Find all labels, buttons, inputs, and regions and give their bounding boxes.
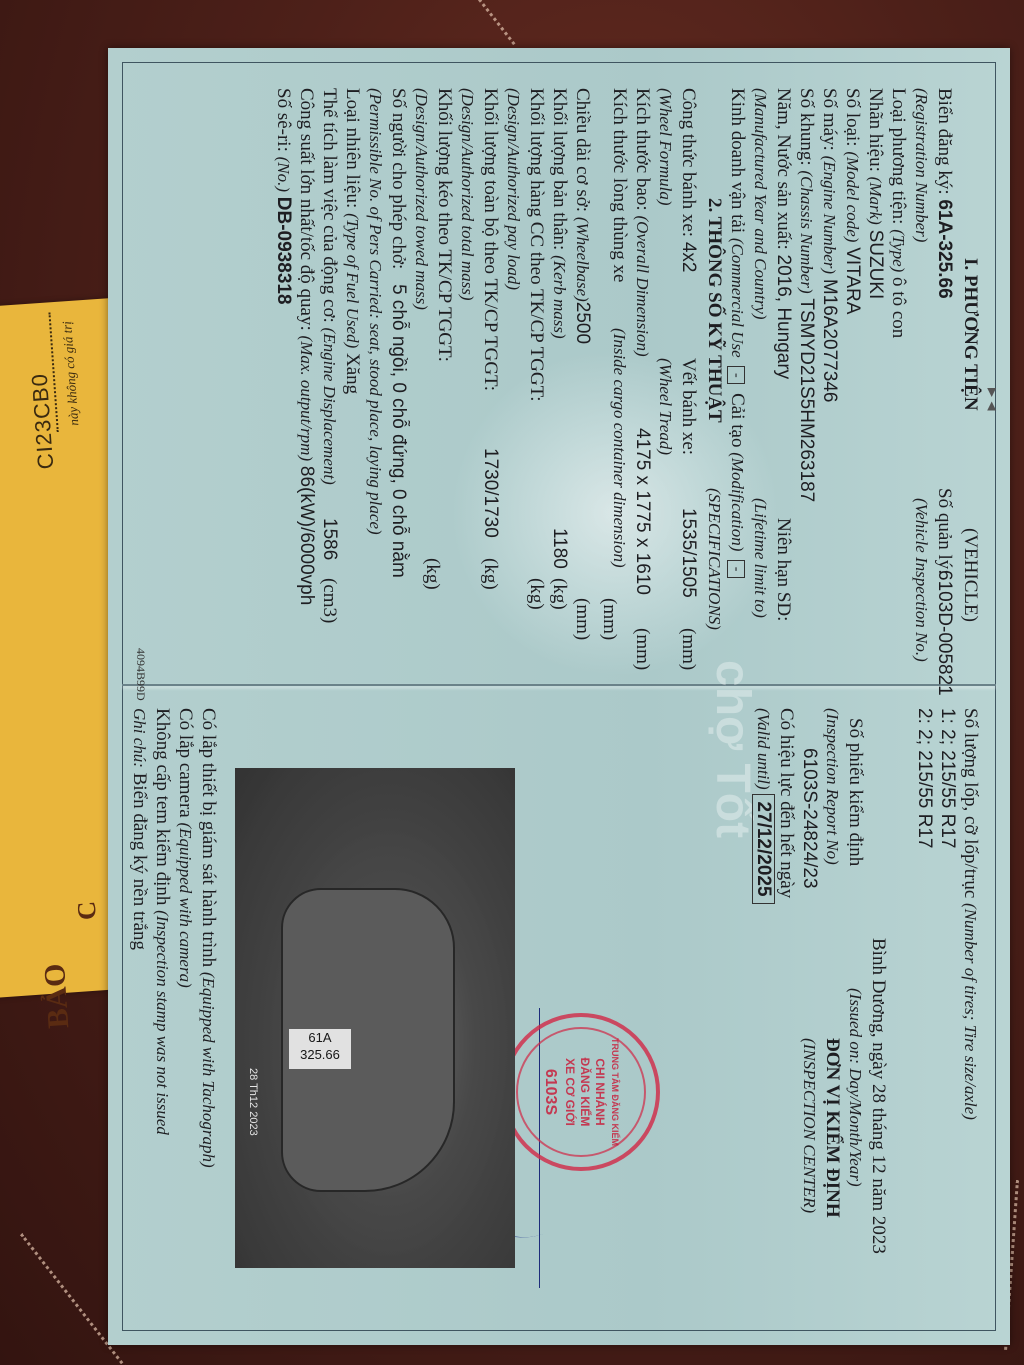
vehicle-page: ▸ ◂ I. PHƯƠNG TIỆN (VEHICLE) Biển đăng k… [272, 88, 982, 678]
commercial-sub: (Commercial Use [728, 238, 747, 358]
payload-sub: (Design/Authorized pay load) [504, 88, 523, 290]
wheelbase-value: 2500 [572, 302, 593, 344]
valid-label: Có hiệu lực đến hết ngày [776, 708, 797, 898]
model-sub: (Model code) [843, 151, 862, 242]
no-stamp-label: Không cấp tem kiểm định [152, 708, 173, 905]
total-mass-unit: (kg) [479, 558, 502, 590]
yellow-paper-title-fragment: BẢO [38, 962, 76, 1029]
total-mass-value: 1730/1730 [479, 448, 502, 538]
kerb-mass-label: Khối lượng bản thân: [549, 88, 570, 250]
overall-dim-label: Kích thước bao: [632, 88, 653, 211]
registration-value: 61A-325.66 [934, 199, 955, 298]
valid-sub: (Valid until) [754, 708, 773, 790]
tachograph-sub: (Equipped with Tachograph) [199, 972, 218, 1168]
persons-value: 5 chỗ ngồi, 0 chỗ đứng, 0 chỗ nằm [388, 284, 409, 578]
serial-value: DB-0938318 [273, 197, 294, 305]
stamp-line-2: ĐĂNG KIỂM [577, 1037, 592, 1147]
mark-sub: (Mark) [866, 177, 885, 225]
year-sub: (Manufactured Year and Country) [751, 88, 770, 320]
chassis-value: TSMYD21S5HM263187 [796, 298, 817, 502]
wheel-tread-value: 1535/1505 [677, 508, 700, 598]
total-mass-sub: (Design/Authorized total mass) [458, 88, 477, 301]
displacement-unit: (cm3) [318, 578, 341, 623]
issue-day: 28 [868, 1084, 889, 1103]
displacement-label: Thể tích làm việc của động cơ: [319, 88, 340, 323]
kerb-mass-value: 1180 [548, 528, 571, 569]
report-label: Số phiếu kiểm định [844, 718, 867, 866]
fuel-sub: (Type of Fuel Used) [343, 213, 362, 348]
year-label: năm [868, 1178, 889, 1211]
center-title: ĐƠN VỊ KIỂM ĐỊNH [821, 1038, 844, 1218]
commercial-checkbox: - [727, 366, 745, 384]
type-label: Loại phương tiện: [888, 88, 909, 224]
serial-sub: (No.) [274, 157, 293, 192]
decorative-arrows-icon: ▸ ◂ [981, 388, 1004, 411]
yellow-paper-title-fragment-2: C [72, 900, 103, 921]
month-label: tháng [868, 1108, 889, 1150]
type-sub: (Type) [889, 229, 908, 272]
modification-label: Cải tạo [727, 393, 748, 447]
wheel-formula-sub: (Wheel Formula) [656, 88, 675, 206]
power-value: 86(kW)/6000vph [296, 466, 317, 605]
commercial-label: Kinh doanh vận tải [727, 88, 748, 233]
wheelbase-sub: (Wheelbase) [573, 217, 592, 302]
note-value: Biển đăng ký nền trắng [129, 773, 150, 950]
note-label: Ghi chú: [130, 708, 149, 768]
model-label: Số loại: [842, 88, 863, 147]
section1-title-en: (VEHICLE) [959, 528, 982, 622]
inspection-no-sub: (Vehicle Inspection No.) [910, 498, 933, 662]
inspection-page: Số lượng lốp, cỡ lốp/trục (Number of tir… [752, 708, 982, 1318]
inspection-certificate: chợ Tốt ▸ ◂ I. PHƯƠNG TIỆN (VEHICLE) Biể… [108, 48, 1010, 1345]
chassis-sub: (Chassis Number) [797, 170, 816, 293]
total-mass-label: Khối lượng toàn bộ theo TK/CP TGGT: [480, 88, 501, 391]
registration-sub: (Registration Number) [912, 88, 931, 242]
tires-sub: (Number of tires; Tire size/axle) [961, 903, 980, 1120]
cargo-dim-sub: (Inside cargo container dimension) [608, 328, 631, 568]
wheelbase-unit: (mm) [571, 598, 594, 640]
wheel-tread-sub: (Wheel Tread) [654, 358, 677, 455]
tire-axle-2: 2: 2; 215/55 R17 [913, 708, 936, 1318]
equipment-notes: Có lắp thiết bị giám sát hành trình (Equ… [128, 708, 220, 1328]
camera-sub: (Equipped with camera) [176, 822, 195, 987]
tachograph-label: Có lắp thiết bị giám sát hành trình [198, 708, 219, 967]
overall-dim-sub: (Overall Dimension) [633, 215, 652, 356]
issue-year: 2023 [868, 1216, 889, 1254]
power-sub: (Max. output/rpm) [297, 336, 316, 462]
print-code: 4094B99D [133, 648, 148, 701]
page-fold [122, 684, 996, 686]
overall-dim-unit: (mm) [631, 628, 654, 670]
modification-sub: (Modification) [728, 452, 747, 551]
report-sub: (Inspection Report No) [821, 708, 844, 865]
engine-value: M16A2077346 [819, 279, 840, 403]
persons-label: Số người cho phép chở: [388, 88, 409, 269]
valid-value: 27/12/2025 [752, 794, 775, 903]
photo-license-plate: 61A 325.66 [289, 1029, 351, 1069]
modification-checkbox: - [727, 560, 745, 578]
serial-label: Số sê-ri: [273, 88, 294, 152]
section1-title: I. PHƯƠNG TIỆN [959, 258, 982, 411]
wheel-tread-unit: (mm) [677, 628, 700, 670]
fuel-value: Xăng [342, 353, 363, 394]
camera-label: Có lắp camera [175, 708, 196, 818]
lifetime-sub: (Lifetime limit to) [749, 498, 772, 618]
inspection-no-label: Số quản lý: [933, 488, 956, 575]
no-stamp-sub: (Inspection stamp was not issued [153, 910, 172, 1135]
issue-month: 12 [868, 1155, 889, 1174]
model-value: VITARA [842, 247, 863, 314]
mark-label: Nhãn hiệu: [865, 88, 886, 172]
place-date-prefix: Bình Dương, ngày [868, 938, 889, 1079]
registration-label: Biển đăng ký: [934, 88, 955, 195]
photo-timestamp: 28 Th12 2023 [247, 1068, 259, 1136]
leather-stitching [470, 0, 515, 45]
wheel-formula-label: Công thức bánh xe: [678, 88, 699, 237]
overall-dim-value: 4175 x 1775 x 1610 [631, 428, 654, 595]
mark-value: SUZUKI [865, 230, 886, 300]
certificate-sheet: chợ Tốt ▸ ◂ I. PHƯƠNG TIỆN (VEHICLE) Biể… [108, 48, 1010, 1345]
wheel-tread-label: Vết bánh xe: [677, 358, 700, 455]
section2-title: 2. THÔNG SỐ KỸ THUẬT [703, 198, 726, 423]
kerb-mass-sub: (Kerb mass) [550, 255, 569, 339]
towed-mass-sub: (Design/Authorized towed mass) [412, 88, 431, 310]
stamp-line-1: CHI NHÁNH [592, 1037, 607, 1147]
center-sub: (INSPECTION CENTER) [798, 1038, 821, 1213]
vehicle-photo: 61A 325.66 28 Th12 2023 [235, 768, 515, 1268]
persons-sub: (Permissible No. of Pers Carried: seat, … [366, 88, 385, 535]
payload-label: Khối lượng hàng CC theo TK/CP TGGT: [526, 88, 547, 402]
chassis-label: Số khung: [796, 88, 817, 166]
power-label: Công suất lớn nhất/tốc độ quay: [296, 88, 317, 331]
inspection-no-value: 6103D-005821 [933, 570, 956, 696]
engine-sub: (Engine Number) [820, 156, 839, 275]
yellow-paper-note: này không có giá trị [59, 321, 82, 427]
year-value: 2016, Hungary [773, 255, 794, 380]
kerb-mass-unit: (kg) [548, 578, 571, 610]
lifetime-label: Niên hạn SD: [772, 518, 795, 621]
wheelbase-label: Chiều dài cơ sở: [572, 88, 593, 212]
tire-axle-1: 1: 2; 215/55 R17 [936, 708, 959, 1318]
cargo-dim-label: Kích thước lòng thùng xe [609, 88, 630, 282]
towed-mass-label: Khối lượng kéo theo TK/CP TGGT: [434, 88, 455, 362]
tires-label: Số lượng lốp, cỡ lốp/trục [960, 708, 981, 898]
displacement-sub: (Engine Displacement) [320, 328, 339, 485]
issued-on-sub: (Issued on: Day/Month/Year) [844, 988, 867, 1187]
wheel-formula-value: 4x2 [678, 242, 699, 273]
engine-label: Số máy: [819, 88, 840, 151]
year-label: Năm, Nước sản xuất: [773, 88, 794, 250]
type-value: ô tô con [888, 277, 909, 338]
stamp-ring-text: TRUNG TÂM ĐĂNG KIỂM [607, 1037, 622, 1147]
report-value: 6103S-24824/23 [798, 748, 821, 889]
section2-title-en: (SPECIFICATIONS) [703, 488, 726, 630]
payload-unit: (kg) [525, 578, 548, 610]
displacement-value: 1586 [318, 518, 341, 560]
fuel-label: Loại nhiên liệu: [342, 88, 363, 208]
